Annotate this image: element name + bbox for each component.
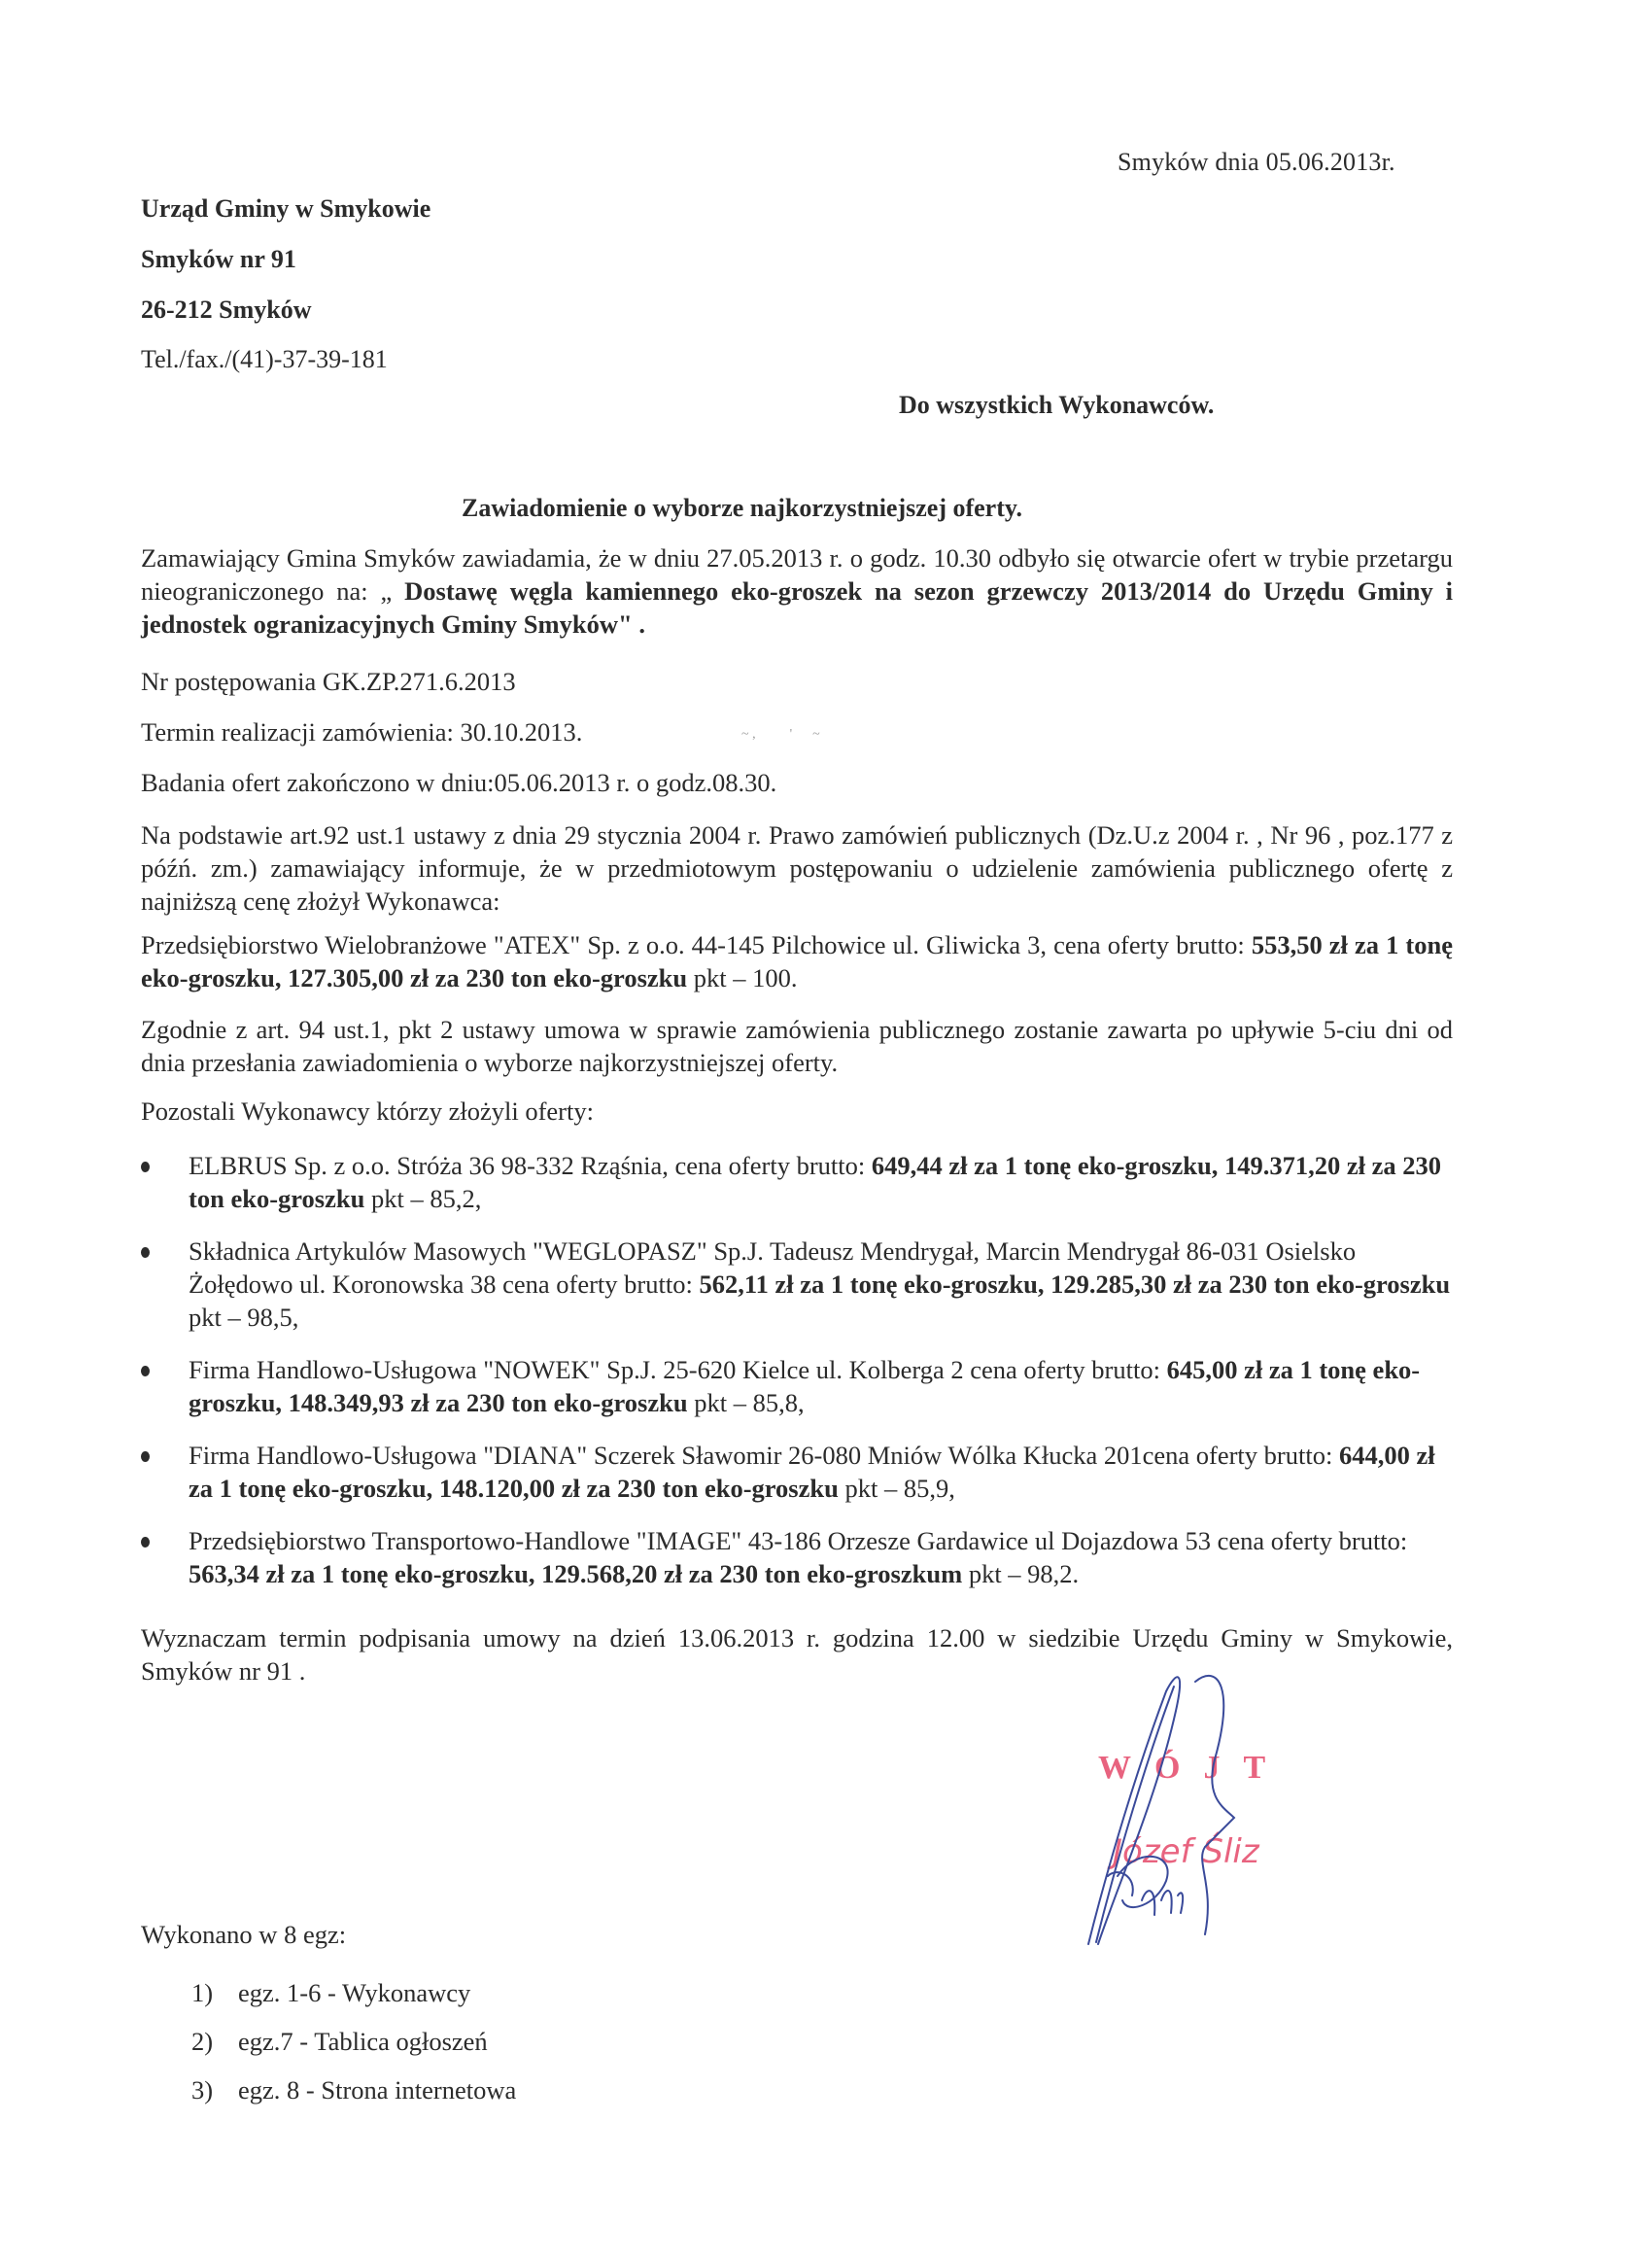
bidder-item: Firma Handlowo-Usługowa "NOWEK" Sp.J. 25… <box>141 1353 1463 1419</box>
case-number: Nr postępowania GK.ZP.271.6.2013 <box>141 667 516 697</box>
office-postcode: 26-212 Smyków <box>141 296 312 325</box>
bidder-item: Przedsiębiorstwo Transportowo-Handlowe "… <box>141 1524 1463 1590</box>
office-phone: Tel./fax./(41)-37-39-181 <box>141 345 388 374</box>
document-date: Smyków dnia 05.06.2013r. <box>1118 148 1395 177</box>
bullet-icon <box>141 1537 150 1548</box>
winner-points: pkt – 100. <box>687 963 797 992</box>
others-heading: Pozostali Wykonawcy którzy złożyli ofert… <box>141 1096 594 1127</box>
bullet-icon <box>141 1366 150 1376</box>
bidder-item: ELBRUS Sp. z o.o. Stróża 36 98-332 Rząśn… <box>141 1149 1463 1215</box>
bullet-icon <box>141 1451 150 1462</box>
signature-icon <box>1050 1652 1302 1964</box>
copies-heading: Wykonano w 8 egz: <box>141 1920 346 1950</box>
scan-speck: ~ , ' ~ <box>741 727 820 743</box>
copy-item: 1)egz. 1-6 - Wykonawcy <box>191 1978 516 2027</box>
bidder-item: Firma Handlowo-Usługowa "DIANA" Sczerek … <box>141 1439 1463 1505</box>
other-bidders-list: ELBRUS Sp. z o.o. Stróża 36 98-332 Rząśn… <box>141 1149 1463 1610</box>
office-address: Smyków nr 91 <box>141 245 296 274</box>
bidder-item: Składnica Artykulów Masowych "WEGLOPASZ"… <box>141 1235 1463 1334</box>
evaluation-date: Badania ofert zakończono w dniu:05.06.20… <box>141 768 776 798</box>
copy-item: 2)egz.7 - Tablica ogłoszeń <box>191 2027 516 2075</box>
deadline: Termin realizacji zamówienia: 30.10.2013… <box>141 717 582 748</box>
copy-item: 3)egz. 8 - Strona internetowa <box>191 2075 516 2124</box>
winner-text: Przedsiębiorstwo Wielobranżowe "ATEX" Sp… <box>141 930 1252 959</box>
copies-list: 1)egz. 1-6 - Wykonawcy 2)egz.7 - Tablica… <box>191 1978 516 2124</box>
bullet-icon <box>141 1247 150 1258</box>
office-name: Urząd Gminy w Smykowie <box>141 194 430 224</box>
bullet-icon <box>141 1162 150 1172</box>
document-title: Zawiadomienie o wyborze najkorzystniejsz… <box>462 494 1022 523</box>
winner-paragraph: Przedsiębiorstwo Wielobranżowe "ATEX" Sp… <box>141 928 1453 994</box>
intro-paragraph: Zamawiający Gmina Smyków zawiadamia, że … <box>141 541 1453 641</box>
contract-note: Zgodnie z art. 94 ust.1, pkt 2 ustawy um… <box>141 1013 1453 1079</box>
recipient-line: Do wszystkich Wykonawców. <box>899 391 1214 420</box>
legal-basis-paragraph: Na podstawie art.92 ust.1 ustawy z dnia … <box>141 818 1453 918</box>
